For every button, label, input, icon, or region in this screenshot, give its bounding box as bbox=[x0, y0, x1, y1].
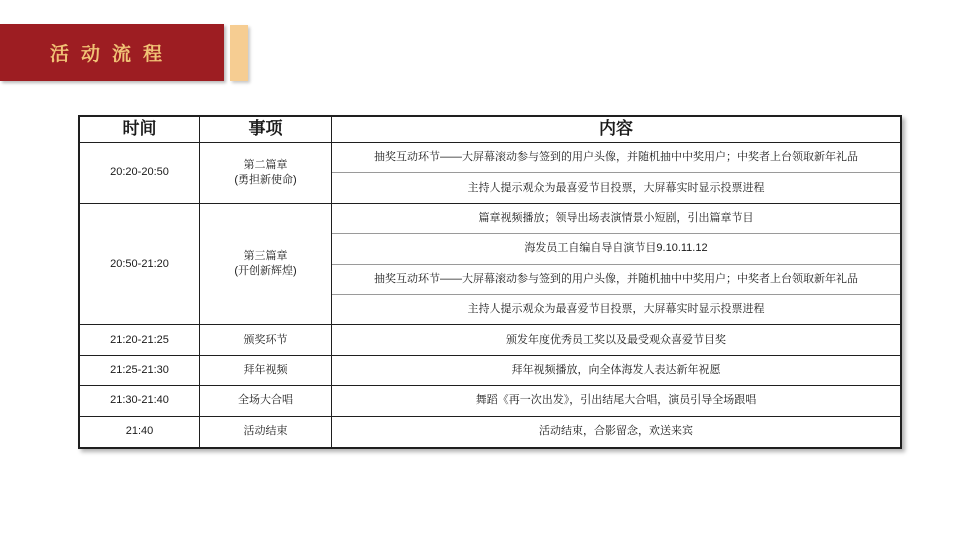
header-time: 时间 bbox=[80, 117, 200, 143]
content-cell: 主持人提示观众为最喜爱节目投票，大屏幕实时显示投票进程 bbox=[332, 173, 900, 203]
time-cell: 20:20-20:50 bbox=[80, 143, 200, 204]
title-block: 活动流程 bbox=[0, 24, 224, 81]
item-cell: 第三篇章 (开创新辉煌) bbox=[200, 204, 332, 326]
accent-bar bbox=[230, 25, 248, 81]
item-cell: 颁奖环节 bbox=[200, 325, 332, 355]
time-cell: 21:20-21:25 bbox=[80, 325, 200, 355]
item-cell: 活动结束 bbox=[200, 417, 332, 447]
content-cell: 抽奖互动环节——大屏幕滚动参与签到的用户头像，并随机抽中中奖用户；中奖者上台领取… bbox=[332, 265, 900, 295]
content-cell: 主持人提示观众为最喜爱节目投票，大屏幕实时显示投票进程 bbox=[332, 295, 900, 325]
time-cell: 21:40 bbox=[80, 417, 200, 447]
time-cell: 21:25-21:30 bbox=[80, 356, 200, 386]
time-cell: 20:50-21:20 bbox=[80, 204, 200, 326]
header-content: 内容 bbox=[332, 117, 900, 143]
content-cell: 活动结束，合影留念，欢送来宾 bbox=[332, 417, 900, 447]
content-cell: 拜年视频播放，向全体海发人表达新年祝愿 bbox=[332, 356, 900, 386]
content-cell: 抽奖互动环节——大屏幕滚动参与签到的用户头像，并随机抽中中奖用户；中奖者上台领取… bbox=[332, 143, 900, 173]
item-cell: 拜年视频 bbox=[200, 356, 332, 386]
time-cell: 21:30-21:40 bbox=[80, 386, 200, 416]
schedule-table: 时间 事项 内容 20:20-20:50 第二篇章 (勇担新使命) 抽奖互动环节… bbox=[78, 115, 902, 449]
item-cell: 第二篇章 (勇担新使命) bbox=[200, 143, 332, 204]
page-title: 活动流程 bbox=[50, 39, 174, 66]
schedule-table-container: 时间 事项 内容 20:20-20:50 第二篇章 (勇担新使命) 抽奖互动环节… bbox=[78, 115, 902, 449]
content-cell: 海发员工自编自导自演节目9.10.11.12 bbox=[332, 234, 900, 264]
content-cell: 篇章视频播放；领导出场表演情景小短剧，引出篇章节目 bbox=[332, 204, 900, 234]
header-item: 事项 bbox=[200, 117, 332, 143]
content-cell: 舞蹈《再一次出发》，引出结尾大合唱，演员引导全场跟唱 bbox=[332, 386, 900, 416]
content-cell: 颁发年度优秀员工奖以及最受观众喜爱节目奖 bbox=[332, 325, 900, 355]
item-cell: 全场大合唱 bbox=[200, 386, 332, 416]
